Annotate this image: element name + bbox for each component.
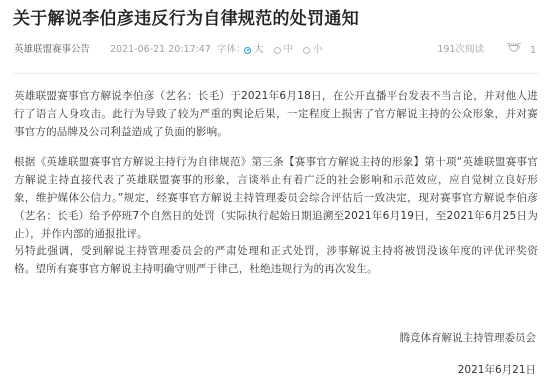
radio-unchecked-icon	[303, 47, 310, 54]
signature: 腾竞体育解说主持管理委员会	[400, 330, 537, 345]
body-paragraph-3: 另特此强调，受到解说主持管理委员会的严肃处理和正式处罚，涉事解说主持将被罚没该年…	[14, 242, 538, 278]
font-size-label: 字体：	[217, 42, 246, 58]
radio-checked-icon	[244, 47, 251, 54]
publish-datetime: 2021-06-21 20:17:47	[110, 42, 211, 58]
font-size-radio-group: 大 中 小	[244, 42, 323, 58]
header-divider	[14, 73, 538, 74]
read-count: 191次阅读	[437, 42, 484, 58]
font-size-large-radio[interactable]: 大	[244, 42, 264, 58]
font-size-medium-label: 中	[284, 42, 294, 58]
signature-date: 2021年6月21日	[458, 362, 536, 377]
font-size-large-label: 大	[254, 42, 264, 58]
article-title: 关于解说李伯彦违反行为自律规范的处罚通知	[13, 4, 359, 34]
font-size-small-label: 小	[313, 42, 323, 58]
article-meta: 英雄联盟赛事公告 2021-06-21 20:17:47 字体： 大 中 小 1…	[14, 42, 538, 58]
thumbs-up-icon	[506, 42, 522, 59]
body-paragraph-1: 英雄联盟赛事官方解说李伯彦（艺名：长毛）于2021年6月18日，在公开直播平台发…	[14, 87, 538, 141]
body-paragraph-2: 根据《英雄联盟赛事官方解说主持行为自律规范》第三条【赛事官方解说主持的形象】第十…	[14, 153, 538, 243]
radio-unchecked-icon	[274, 47, 281, 54]
article-source[interactable]: 英雄联盟赛事公告	[14, 42, 90, 58]
font-size-small-radio[interactable]: 小	[303, 42, 323, 58]
like-count: 1	[530, 43, 536, 59]
font-size-medium-radio[interactable]: 中	[274, 42, 294, 58]
like-button[interactable]: 1	[506, 42, 536, 59]
